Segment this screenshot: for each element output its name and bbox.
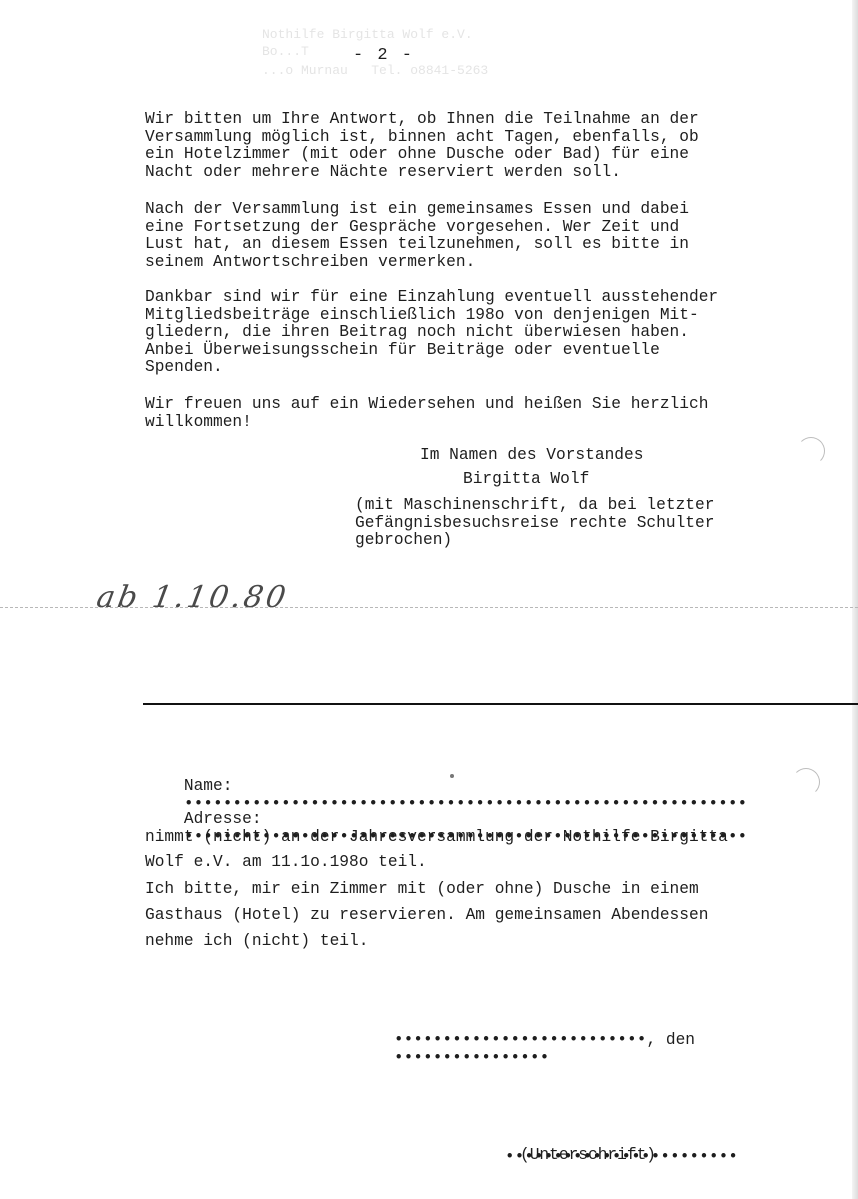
paragraph-membership-fees: Dankbar sind wir für eine Einzahlung eve… [145,289,718,377]
place-date-field[interactable]: ••••••••••••••••••••••••••, den ••••••••… [355,1013,695,1085]
dinner-line: nehme ich (nicht) teil. [145,932,368,950]
address-label: Adresse: [184,810,262,828]
page-number: - 2 - [353,46,414,65]
punch-hole-mark [792,768,820,796]
bleed-through-line: Nothilfe Birgitta Wolf e.V. [262,27,473,42]
paragraph-dinner: Nach der Versammlung ist ein gemeinsames… [145,201,689,271]
attendance-statement-line: Wolf e.V. am 11.1o.198o teil. [145,853,427,871]
paragraph-reply-request: Wir bitten um Ihre Antwort, ob Ihnen die… [145,111,699,181]
place-dot-leader: •••••••••••••••••••••••••• [394,1031,647,1049]
handwritten-note: ab 1.10.80 [94,580,291,615]
signatory-name: Birgitta Wolf [463,471,589,489]
page-edge-shadow [852,0,858,1199]
document-page: Nothilfe Birgitta Wolf e.V. Bo...T ...o … [0,0,858,1199]
attendance-statement-line: nimmt (nicht) an der Jahresversammlung d… [145,828,728,846]
separator-line [143,703,858,705]
closing-line: Im Namen des Vorstandes [420,447,643,465]
date-connector: , den [646,1031,695,1049]
signature-note: (mit Maschinenschrift, da bei letzter Ge… [355,497,714,550]
bleed-through-line: ...o Murnau Tel. o8841-5263 [262,63,488,78]
date-dot-leader: •••••••••••••••• [394,1049,549,1067]
bleed-through-line: Bo...T [262,44,309,59]
signature-label: (Unterschrift) [520,1146,656,1164]
punch-hole-mark [797,437,825,465]
paragraph-welcome: Wir freuen uns auf ein Wiedersehen und h… [145,396,708,431]
fold-line [0,607,858,608]
room-request-line: Ich bitte, mir ein Zimmer mit (oder ohne… [145,880,699,898]
ink-smudge [450,774,454,778]
room-request-line: Gasthaus (Hotel) zu reservieren. Am geme… [145,906,708,924]
